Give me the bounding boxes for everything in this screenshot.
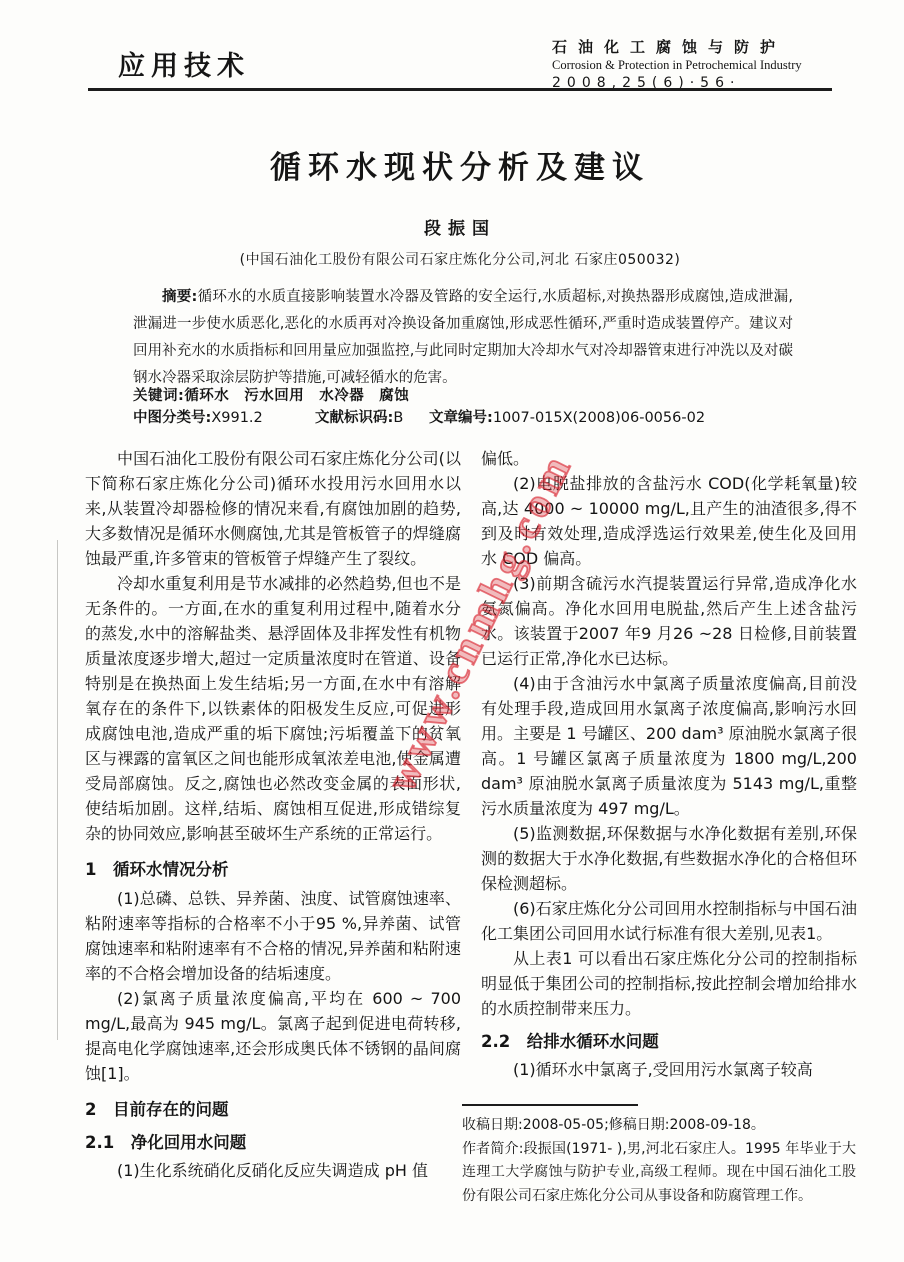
article-affiliation: (中国石油化工股份有限公司石家庄炼化分公司,河北 石家庄050032)	[85, 249, 835, 269]
section-heading-1: 1 循环水情况分析	[85, 857, 461, 882]
column-section-label: 应用技术	[118, 44, 250, 83]
paragraph-continuation: 偏低。	[481, 446, 857, 471]
clc-value: X991.2	[211, 410, 262, 426]
clc-item: 中图分类号:X991.2	[133, 406, 263, 427]
keywords-text: 循环水 污水回用 水冷器 腐蚀	[184, 388, 409, 404]
paragraph: (1)生化系统硝化反硝化反应失调造成 pH 值	[85, 1158, 461, 1183]
doc-code-value: B	[393, 410, 403, 426]
abstract-text: 循环水的水质直接影响装置水冷器及管路的安全运行,水质超标,对换热器形成腐蚀,造成…	[133, 289, 793, 386]
journal-name-en: Corrosion & Protection in Petrochemical …	[552, 58, 834, 73]
journal-page: www.cnmhg.com 应用技术 石油化工腐蚀与防护 Corrosion &…	[0, 0, 904, 1262]
section-heading-2-2: 2.2 给排水循环水问题	[481, 1029, 857, 1054]
article-id-label: 文章编号:	[429, 410, 493, 426]
article-author: 段振国	[85, 214, 835, 239]
paragraph: (6)石家庄炼化分公司回用水控制指标与中国石油化工集团公司回用水试行标准有很大差…	[481, 896, 857, 946]
paragraph: (2)电脱盐排放的含盐污水 COD(化学耗氧量)较高,达 4000 ~ 1000…	[481, 471, 857, 571]
header-divider	[88, 88, 832, 91]
abstract-label: 摘要:	[162, 289, 197, 305]
paragraph: 中国石油化工股份有限公司石家庄炼化分公司(以下简称石家庄炼化分公司)循环水投用污…	[85, 446, 461, 571]
paragraph: (2)氯离子质量浓度偏高,平均在 600 ~ 700 mg/L,最高为 945 …	[85, 986, 461, 1086]
article-id-value: 1007-015X(2008)06-0056-02	[493, 410, 705, 426]
right-column: 偏低。 (2)电脱盐排放的含盐污水 COD(化学耗氧量)较高,达 4000 ~ …	[481, 446, 857, 1183]
body-columns: 中国石油化工股份有限公司石家庄炼化分公司(以下简称石家庄炼化分公司)循环水投用污…	[85, 446, 857, 1183]
keywords-row: 关键词:循环水 污水回用 水冷器 腐蚀	[133, 384, 409, 405]
clc-label: 中图分类号:	[133, 410, 211, 426]
scan-edge-artifact	[57, 540, 58, 1040]
footnote-author-bio: 作者简介:段振国(1971- ),男,河北石家庄人。1995 年毕业于大连理工大…	[462, 1138, 856, 1209]
paragraph: 冷却水重复利用是节水减排的必然趋势,但也不是无条件的。一方面,在水的重复利用过程…	[85, 571, 461, 846]
doc-code-label: 文献标识码:	[315, 410, 393, 426]
paragraph: (3)前期含硫污水汽提装置运行异常,造成净化水氨氮偏高。净化水回用电脱盐,然后产…	[481, 571, 857, 671]
paragraph: (4)由于含油污水中氯离子质量浓度偏高,目前没有处理手段,造成回用水氯离子浓度偏…	[481, 671, 857, 821]
abstract-paragraph: 摘要:循环水的水质直接影响装置水冷器及管路的安全运行,水质超标,对换热器形成腐蚀…	[133, 284, 793, 392]
keywords-label: 关键词:	[133, 388, 184, 404]
paragraph: (5)监测数据,环保数据与水净化数据有差别,环保测的数据大于水净化数据,有些数据…	[481, 821, 857, 896]
paragraph: 从上表1 可以看出石家庄炼化分公司的控制指标明显低于集团公司的控制指标,按此控制…	[481, 946, 857, 1021]
footnote-dates: 收稿日期:2008-05-05;修稿日期:2008-09-18。	[462, 1114, 856, 1138]
section-heading-2: 2 目前存在的问题	[85, 1097, 461, 1122]
classification-row: 中图分类号:X991.2 文献标识码:B 文章编号:1007-015X(2008…	[133, 406, 833, 428]
footnote-divider	[462, 1104, 638, 1106]
title-block: 循环水现状分析及建议 段振国 (中国石油化工股份有限公司石家庄炼化分公司,河北 …	[85, 142, 835, 269]
article-id-item: 文章编号:1007-015X(2008)06-0056-02	[429, 406, 705, 427]
left-column: 中国石油化工股份有限公司石家庄炼化分公司(以下简称石家庄炼化分公司)循环水投用污…	[85, 446, 461, 1183]
paragraph: (1)总磷、总铁、异养菌、浊度、试管腐蚀速率、粘附速率等指标的合格率不小于95 …	[85, 886, 461, 986]
footnote-block: 收稿日期:2008-05-05;修稿日期:2008-09-18。 作者简介:段振…	[462, 1104, 856, 1208]
journal-name-cn: 石油化工腐蚀与防护	[552, 36, 834, 57]
article-title: 循环水现状分析及建议	[85, 142, 835, 187]
paragraph: (1)循环水中氯离子,受回用污水氯离子较高	[481, 1057, 857, 1082]
section-heading-2-1: 2.1 净化回用水问题	[85, 1130, 461, 1155]
journal-info-block: 石油化工腐蚀与防护 Corrosion & Protection in Petr…	[552, 36, 834, 91]
doc-code-item: 文献标识码:B	[315, 406, 403, 427]
